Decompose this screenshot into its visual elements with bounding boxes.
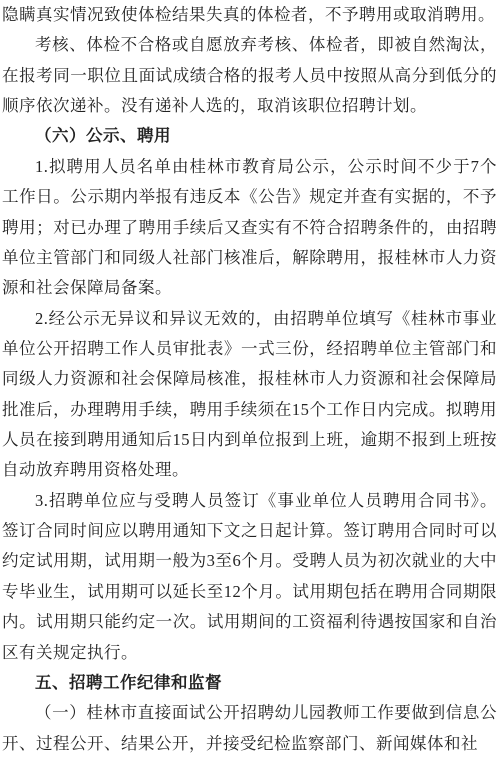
paragraph: 3.招聘单位应与受聘人员签订《事业单位人员聘用合同书》。签订合同时间应以聘用通知… (2, 486, 497, 668)
section-heading-discipline-supervision: 五、招聘工作纪律和监督 (2, 668, 497, 698)
paragraph: 1.拟聘用人员名单由桂林市教育局公示，公示时间不少于7个工作日。公示期内举报有违… (2, 152, 497, 304)
paragraph-continuation: 隐瞒真实情况致使体检结果失真的体检者，不予聘用或取消聘用。 (2, 0, 497, 30)
section-heading-publicity-employment: （六）公示、聘用 (2, 121, 497, 151)
paragraph: 考核、体检不合格或自愿放弃考核、体检者，即被自然淘汰，在报考同一职位且面试成绩合… (2, 30, 497, 121)
paragraph: （一）桂林市直接面试公开招聘幼儿园教师工作要做到信息公开、过程公开、结果公开，并… (2, 698, 497, 759)
paragraph: 2.经公示无异议和异议无效的，由招聘单位填写《桂林市事业单位公开招聘工作人员审批… (2, 304, 497, 486)
document-page: 隐瞒真实情况致使体检结果失真的体检者，不予聘用或取消聘用。 考核、体检不合格或自… (0, 0, 499, 759)
